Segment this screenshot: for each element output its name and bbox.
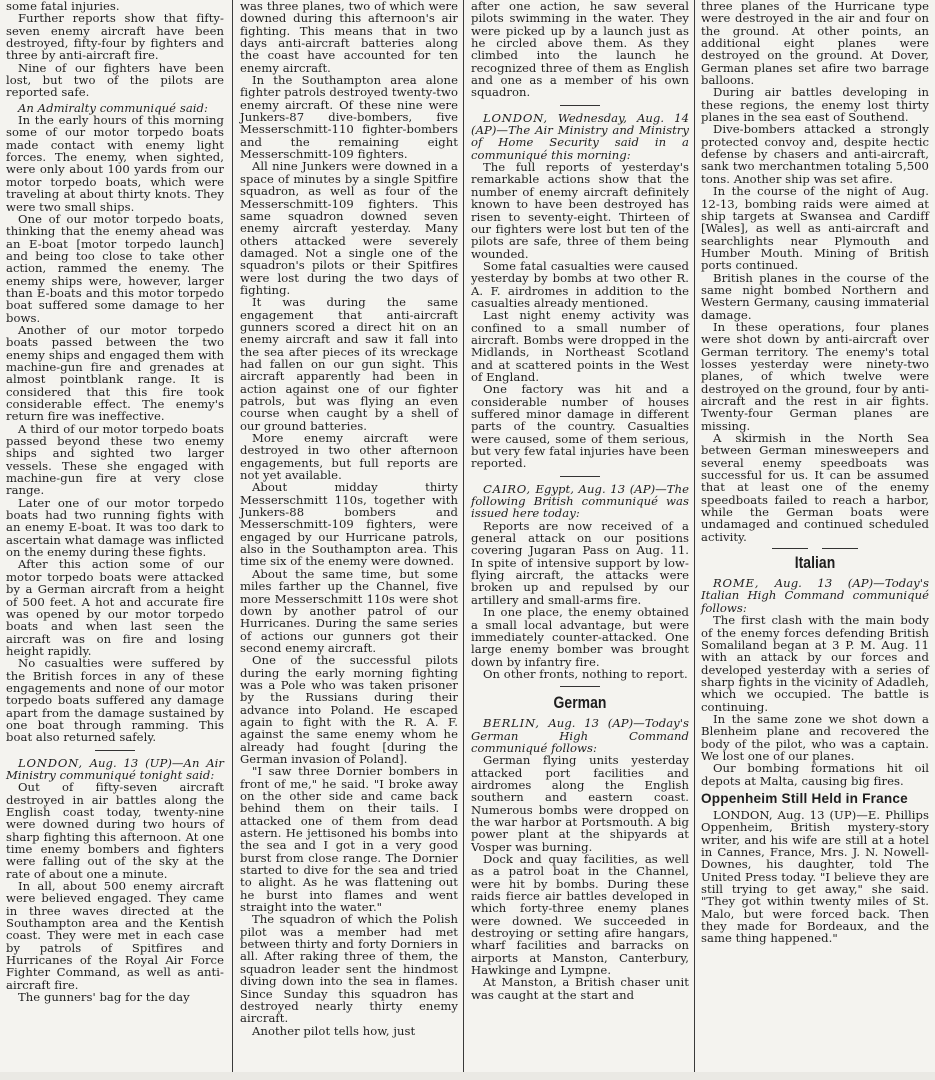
paragraph: It was during the same engagement that a… xyxy=(240,296,458,432)
paragraph: A third of our motor torpedo boats passe… xyxy=(6,423,224,497)
newspaper-page: some fatal injuries.Further reports show… xyxy=(0,0,935,1080)
paragraph: About midday thirty Messerschmitt 110s, … xyxy=(240,481,458,567)
paragraph: In these operations, four planes were sh… xyxy=(701,321,929,432)
paragraph: The gunners' bag for the day xyxy=(6,991,224,1003)
scan-bottom-edge xyxy=(0,1072,935,1080)
paragraph: In all, about 500 enemy aircraft were be… xyxy=(6,880,224,991)
paragraph: Reports are now received of a general at… xyxy=(471,520,689,606)
paragraph: British planes in the course of the same… xyxy=(701,272,929,321)
paragraph: "I saw three Dornier bombers in front of… xyxy=(240,765,458,913)
column-4: three planes of the Hurricane type were … xyxy=(701,0,929,945)
section-divider xyxy=(560,686,600,687)
paragraph: Another of our motor torpedo boats passe… xyxy=(6,324,224,423)
section-divider xyxy=(95,750,135,751)
paragraph: German flying units yesterday attacked p… xyxy=(471,754,689,853)
paragraph: The first clash with the main body of th… xyxy=(701,614,929,713)
paragraph: One of the successful pilots during the … xyxy=(240,654,458,765)
paragraph: The squadron of which the Polish pilot w… xyxy=(240,913,458,1024)
paragraph: Some fatal casualties were caused yester… xyxy=(471,260,689,309)
section-divider xyxy=(701,548,929,549)
paragraph: One of our motor torpedo boats, thinking… xyxy=(6,213,224,324)
paragraph: All nine Junkers were downed in a space … xyxy=(240,160,458,296)
section-divider xyxy=(560,105,600,106)
section-heading: Italian xyxy=(722,553,909,573)
paragraph: was three planes, two of which were down… xyxy=(240,0,458,74)
paragraph: After this action some of our motor torp… xyxy=(6,558,224,657)
paragraph: In the course of the night of Aug. 12-13… xyxy=(701,185,929,271)
paragraph: In one place, the enemy obtained a small… xyxy=(471,606,689,668)
column-rule xyxy=(694,0,695,1075)
paragraph: Further reports show that fifty-seven en… xyxy=(6,12,224,61)
dateline: ROME, Aug. 13 (AP)—Today's Italian High … xyxy=(701,577,929,614)
paragraph: Our bombing formations hit oil depots at… xyxy=(701,762,929,787)
paragraph: On other fronts, nothing to report. xyxy=(471,668,689,680)
column-rule xyxy=(232,0,233,1075)
paragraph: More enemy aircraft were destroyed in tw… xyxy=(240,432,458,481)
column-rule xyxy=(463,0,464,1075)
column-3: after one action, he saw several pilots … xyxy=(471,0,689,1001)
dateline: LONDON, Wednesday, Aug. 14 (AP)—The Air … xyxy=(471,112,689,161)
paragraph: Another pilot tells how, just xyxy=(240,1025,458,1037)
paragraph: Dive-bombers attacked a strongly protect… xyxy=(701,123,929,185)
paragraph: One factory was hit and a considerable n… xyxy=(471,383,689,469)
paragraph: Nine of our fighters have been lost, but… xyxy=(6,62,224,99)
paragraph: Last night enemy activity was confined t… xyxy=(471,309,689,383)
column-2: was three planes, two of which were down… xyxy=(240,0,458,1037)
paragraph: Dock and quay facilities, as well as a p… xyxy=(471,853,689,976)
article-body: LONDON, Aug. 13 (UP)—E. Phillips Oppenhe… xyxy=(701,809,929,945)
paragraph: Out of fifty-seven aircraft destroyed in… xyxy=(6,781,224,880)
paragraph: About the same time, but some miles fart… xyxy=(240,568,458,654)
section-heading: German xyxy=(491,693,670,713)
paragraph: after one action, he saw several pilots … xyxy=(471,0,689,99)
paragraph: In the same zone we shot down a Blenheim… xyxy=(701,713,929,762)
section-divider xyxy=(560,476,600,477)
paragraph: At Manston, a British chaser unit was ca… xyxy=(471,976,689,1001)
paragraph: No casualties were suffered by the Briti… xyxy=(6,657,224,743)
paragraph: three planes of the Hurricane type were … xyxy=(701,0,929,86)
column-1: some fatal injuries.Further reports show… xyxy=(6,0,224,1004)
article-headline: Oppenheim Still Held in France xyxy=(701,791,929,807)
dateline: BERLIN, Aug. 13 (AP)—Today's German High… xyxy=(471,717,689,754)
paragraph: Later one of our motor torpedo boats had… xyxy=(6,497,224,559)
paragraph: A skirmish in the North Sea between Germ… xyxy=(701,432,929,543)
paragraph: The full reports of yesterday's remarkab… xyxy=(471,161,689,260)
dateline: LONDON, Aug. 13 (UP)—An Air Ministry com… xyxy=(6,757,224,782)
paragraph: During air battles developing in these r… xyxy=(701,86,929,123)
paragraph: In the early hours of this morning some … xyxy=(6,114,224,213)
dateline: CAIRO, Egypt, Aug. 13 (AP)—The following… xyxy=(471,483,689,520)
paragraph: In the Southampton area alone fighter pa… xyxy=(240,74,458,160)
